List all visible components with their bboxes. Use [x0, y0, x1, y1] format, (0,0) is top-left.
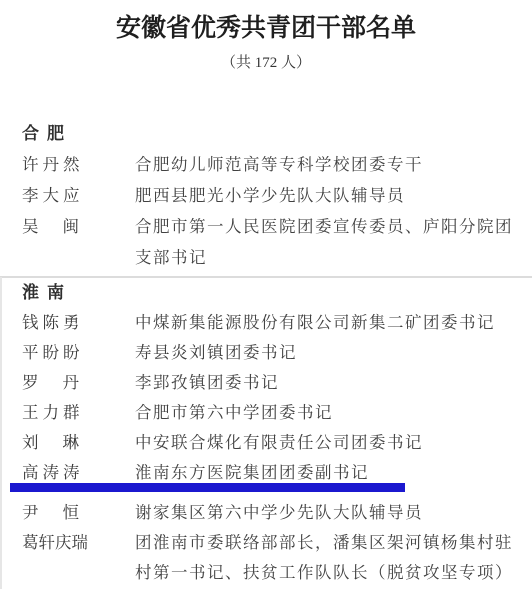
list-item: 刘琳 中安联合煤化有限责任公司团委书记 [0, 428, 532, 458]
person-name: 刘琳 [22, 428, 80, 458]
page-title: 安徽省优秀共青团干部名单 [0, 13, 532, 45]
person-position: 寿县炎刘镇团委书记 [135, 338, 517, 368]
list-item: 平盼盼 寿县炎刘镇团委书记 [0, 338, 532, 368]
person-position: 中安联合煤化有限责任公司团委书记 [135, 428, 517, 458]
list-item: 王力群 合肥市第六中学团委书记 [0, 398, 532, 428]
highlight-underline [10, 483, 405, 492]
person-position: 团淮南市委联络部部长，潘集区架河镇杨集村驻村第一书记、扶贫工作队队长（脱贫攻坚专… [135, 528, 517, 588]
person-position: 合肥市第一人民医院团委宣传委员、庐阳分院团支部书记 [135, 211, 517, 273]
list-item: 葛轩庆瑞 团淮南市委联络部部长，潘集区架河镇杨集村驻村第一书记、扶贫工作队队长（… [0, 528, 532, 588]
list-item: 尹恒 谢家集区第六中学少先队大队辅导员 [0, 498, 532, 528]
person-name: 钱陈勇 [22, 308, 80, 338]
section-heading-hefei: 合肥 [22, 118, 532, 149]
person-name: 李大应 [22, 180, 80, 211]
person-position: 谢家集区第六中学少先队大队辅导员 [135, 498, 517, 528]
person-name: 罗丹 [22, 368, 80, 398]
person-name: 葛轩庆瑞 [22, 528, 80, 558]
list-item: 钱陈勇 中煤新集能源股份有限公司新集二矿团委书记 [0, 308, 532, 338]
list-item: 许丹然 合肥幼儿师范高等专科学校团委专干 [0, 149, 532, 180]
person-position: 合肥幼儿师范高等专科学校团委专干 [135, 149, 517, 180]
list-item: 罗丹 李郢孜镇团委书记 [0, 368, 532, 398]
document-page: 安徽省优秀共青团干部名单 （共 172 人） 合肥 许丹然 合肥幼儿师范高等专科… [0, 0, 532, 589]
list-item: 吴闽 合肥市第一人民医院团委宣传委员、庐阳分院团支部书记 [0, 211, 532, 273]
person-position: 肥西县肥光小学少先队大队辅导员 [135, 180, 517, 211]
section-huainan: 淮南 钱陈勇 中煤新集能源股份有限公司新集二矿团委书记 平盼盼 寿县炎刘镇团委书… [0, 278, 532, 588]
left-edge-line [0, 277, 2, 589]
person-name: 许丹然 [22, 149, 80, 180]
person-name: 尹恒 [22, 498, 80, 528]
person-position: 李郢孜镇团委书记 [135, 368, 517, 398]
person-position: 合肥市第六中学团委书记 [135, 398, 517, 428]
section-hefei: 合肥 许丹然 合肥幼儿师范高等专科学校团委专干 李大应 肥西县肥光小学少先队大队… [0, 118, 532, 273]
person-name: 平盼盼 [22, 338, 80, 368]
section-heading-huainan: 淮南 [22, 278, 532, 308]
page-subtitle: （共 172 人） [0, 52, 532, 74]
person-name: 吴闽 [22, 211, 80, 242]
person-name: 王力群 [22, 398, 80, 428]
list-item: 李大应 肥西县肥光小学少先队大队辅导员 [0, 180, 532, 211]
person-position: 中煤新集能源股份有限公司新集二矿团委书记 [135, 308, 517, 338]
